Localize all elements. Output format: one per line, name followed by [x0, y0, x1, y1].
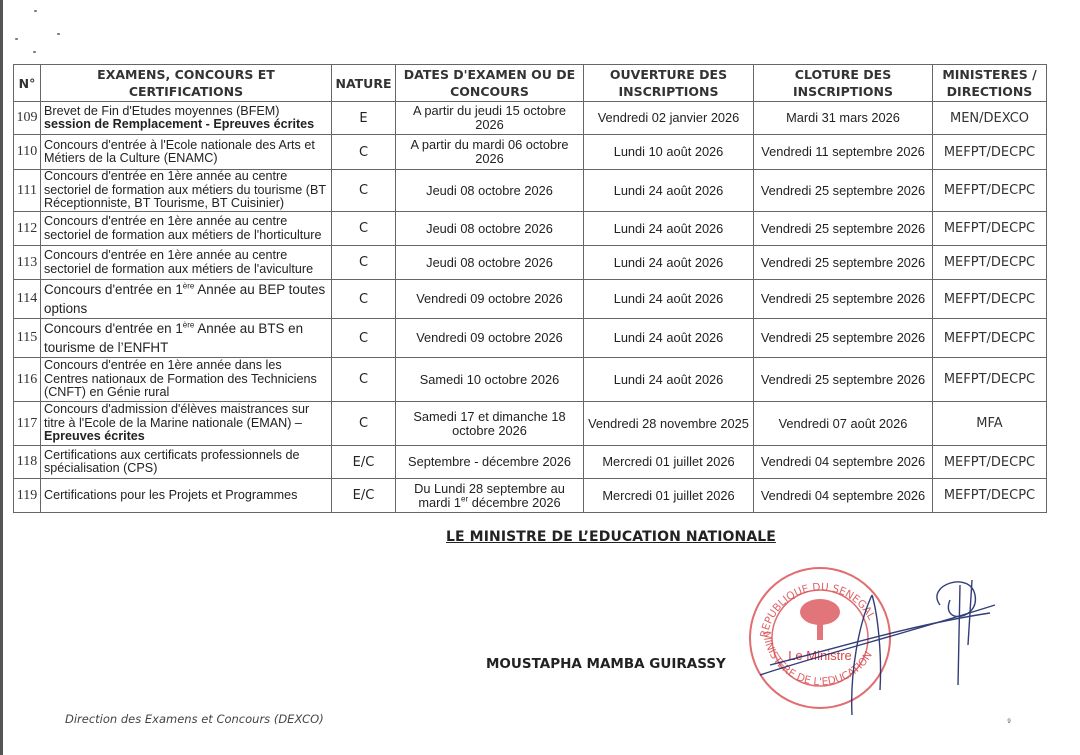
cell-open: Lundi 24 août 2026: [584, 280, 754, 319]
cell-dates: Jeudi 08 octobre 2026: [396, 246, 584, 280]
cell-close: Vendredi 25 septembre 2026: [754, 280, 933, 319]
exam-schedule-table: N° EXAMENS, CONCOURS ET CERTIFICATIONS N…: [13, 64, 1047, 513]
cell-close: Vendredi 25 septembre 2026: [754, 246, 933, 280]
table-row: 117 Concours d'admission d'élèves maistr…: [14, 402, 1047, 446]
cell-open: Vendredi 02 janvier 2026: [584, 102, 754, 135]
page-number: 9: [993, 714, 1025, 744]
cell-close: Vendredi 04 septembre 2026: [754, 446, 933, 479]
cell-nature: C: [332, 212, 396, 246]
cell-open: Lundi 24 août 2026: [584, 212, 754, 246]
cell-exam: Concours d'entrée en 1ère année au centr…: [41, 212, 332, 246]
cell-nature: C: [332, 319, 396, 358]
cell-nature: C: [332, 358, 396, 402]
table-row: 113 Concours d'entrée en 1ère année au c…: [14, 246, 1047, 280]
cell-ministry: MFA: [933, 402, 1047, 446]
table-row: 114 Concours d'entrée en 1ère Année au B…: [14, 280, 1047, 319]
cell-ministry: MEFPT/DECPC: [933, 212, 1047, 246]
cell-num: 116: [14, 358, 41, 402]
cell-exam: Concours d'admission d'élèves maistrance…: [41, 402, 332, 446]
cell-dates: Septembre - décembre 2026: [396, 446, 584, 479]
cell-dates: Jeudi 08 octobre 2026: [396, 170, 584, 212]
table-row: 118 Certifications aux certificats profe…: [14, 446, 1047, 479]
cell-dates: Vendredi 09 octobre 2026: [396, 319, 584, 358]
cell-close: Vendredi 25 septembre 2026: [754, 212, 933, 246]
cell-close: Mardi 31 mars 2026: [754, 102, 933, 135]
cell-exam: Concours d'entrée en 1ère Année au BTS e…: [41, 319, 332, 358]
cell-close: Vendredi 04 septembre 2026: [754, 479, 933, 513]
cell-exam: Brevet de Fin d'Etudes moyennes (BFEM)se…: [41, 102, 332, 135]
cell-nature: C: [332, 246, 396, 280]
cell-close: Vendredi 25 septembre 2026: [754, 170, 933, 212]
table-row: 110 Concours d'entrée à l'Ecole national…: [14, 135, 1047, 170]
cell-exam: Concours d'entrée à l'Ecole nationale de…: [41, 135, 332, 170]
cell-dates: Du Lundi 28 septembre au mardi 1er décem…: [396, 479, 584, 513]
cell-open: Lundi 24 août 2026: [584, 170, 754, 212]
cell-ministry: MEFPT/DECPC: [933, 358, 1047, 402]
cell-ministry: MEFPT/DECPC: [933, 319, 1047, 358]
cell-dates: A partir du jeudi 15 octobre 2026: [396, 102, 584, 135]
cell-ministry: MEFPT/DECPC: [933, 170, 1047, 212]
cell-num: 112: [14, 212, 41, 246]
cell-nature: C: [332, 280, 396, 319]
table-row: 112 Concours d'entrée en 1ère année au c…: [14, 212, 1047, 246]
cell-close: Vendredi 25 septembre 2026: [754, 319, 933, 358]
superscript: ère: [183, 282, 195, 291]
exam-text: Brevet de Fin d'Etudes moyennes (BFEM): [44, 104, 280, 118]
cell-nature: E: [332, 102, 396, 135]
scan-speck: [57, 33, 60, 35]
cell-open: Lundi 24 août 2026: [584, 358, 754, 402]
cell-close: Vendredi 25 septembre 2026: [754, 358, 933, 402]
superscript: ère: [183, 321, 195, 330]
table-row: 116 Concours d'entrée en 1ère année dans…: [14, 358, 1047, 402]
cell-exam: Certifications aux certificats professio…: [41, 446, 332, 479]
header-exam: EXAMENS, CONCOURS ET CERTIFICATIONS: [41, 65, 332, 102]
cell-dates: Jeudi 08 octobre 2026: [396, 212, 584, 246]
header-nature: NATURE: [332, 65, 396, 102]
exam-text: Concours d'entrée en 1: [44, 282, 183, 297]
header-close: CLOTURE DES INSCRIPTIONS: [754, 65, 933, 102]
cell-ministry: MEN/DEXCO: [933, 102, 1047, 135]
header-dates: DATES D'EXAMEN OU DE CONCOURS: [396, 65, 584, 102]
scan-edge: [0, 0, 3, 755]
cell-exam: Concours d'entrée en 1ère année au centr…: [41, 246, 332, 280]
cell-close: Vendredi 11 septembre 2026: [754, 135, 933, 170]
cell-open: Vendredi 28 novembre 2025: [584, 402, 754, 446]
footer-text: Direction des Examens et Concours (DEXCO…: [65, 712, 324, 726]
cell-exam: Concours d'entrée en 1ère année dans les…: [41, 358, 332, 402]
cell-dates: Samedi 17 et dimanche 18 octobre 2026: [396, 402, 584, 446]
dates-text: décembre 2026: [468, 495, 560, 510]
handwritten-signature-icon: [760, 565, 1000, 725]
cell-num: 109: [14, 102, 41, 135]
cell-nature: E/C: [332, 446, 396, 479]
exam-text: Concours d'admission d'élèves maistrance…: [44, 402, 309, 430]
cell-num: 119: [14, 479, 41, 513]
cell-ministry: MEFPT/DECPC: [933, 246, 1047, 280]
minister-name: MOUSTAPHA MAMBA GUIRASSY: [486, 656, 726, 672]
cell-nature: E/C: [332, 479, 396, 513]
cell-exam: Concours d'entrée en 1ère Année au BEP t…: [41, 280, 332, 319]
cell-num: 114: [14, 280, 41, 319]
cell-num: 118: [14, 446, 41, 479]
cell-exam: Certifications pour les Projets et Progr…: [41, 479, 332, 513]
cell-num: 111: [14, 170, 41, 212]
cell-open: Mercredi 01 juillet 2026: [584, 479, 754, 513]
exam-bold-text: Epreuves écrites: [44, 429, 145, 443]
cell-nature: C: [332, 170, 396, 212]
cell-num: 117: [14, 402, 41, 446]
cell-dates: A partir du mardi 06 octobre 2026: [396, 135, 584, 170]
cell-num: 110: [14, 135, 41, 170]
cell-nature: C: [332, 402, 396, 446]
cell-open: Lundi 24 août 2026: [584, 246, 754, 280]
scan-speck: [33, 51, 36, 53]
cell-close: Vendredi 07 août 2026: [754, 402, 933, 446]
cell-dates: Samedi 10 octobre 2026: [396, 358, 584, 402]
minister-title: LE MINISTRE DE L’EDUCATION NATIONALE: [446, 529, 776, 545]
table-row: 109 Brevet de Fin d'Etudes moyennes (BFE…: [14, 102, 1047, 135]
cell-open: Mercredi 01 juillet 2026: [584, 446, 754, 479]
scan-speck: [15, 38, 18, 40]
exam-bold-text: session de Remplacement - Epreuves écrit…: [44, 117, 314, 131]
cell-ministry: MEFPT/DECPC: [933, 135, 1047, 170]
header-num: N°: [14, 65, 41, 102]
table-row: 119 Certifications pour les Projets et P…: [14, 479, 1047, 513]
cell-nature: C: [332, 135, 396, 170]
header-ministry: MINISTERES / DIRECTIONS: [933, 65, 1047, 102]
cell-ministry: MEFPT/DECPC: [933, 446, 1047, 479]
table-row: 115 Concours d'entrée en 1ère Année au B…: [14, 319, 1047, 358]
cell-ministry: MEFPT/DECPC: [933, 280, 1047, 319]
cell-ministry: MEFPT/DECPC: [933, 479, 1047, 513]
table-header-row: N° EXAMENS, CONCOURS ET CERTIFICATIONS N…: [14, 65, 1047, 102]
scan-speck: [34, 10, 37, 12]
cell-exam: Concours d'entrée en 1ère année au centr…: [41, 170, 332, 212]
exam-text: Concours d'entrée en 1: [44, 321, 183, 336]
cell-num: 113: [14, 246, 41, 280]
cell-dates: Vendredi 09 octobre 2026: [396, 280, 584, 319]
cell-open: Lundi 10 août 2026: [584, 135, 754, 170]
cell-open: Lundi 24 août 2026: [584, 319, 754, 358]
cell-num: 115: [14, 319, 41, 358]
header-open: OUVERTURE DES INSCRIPTIONS: [584, 65, 754, 102]
table-row: 111 Concours d'entrée en 1ère année au c…: [14, 170, 1047, 212]
